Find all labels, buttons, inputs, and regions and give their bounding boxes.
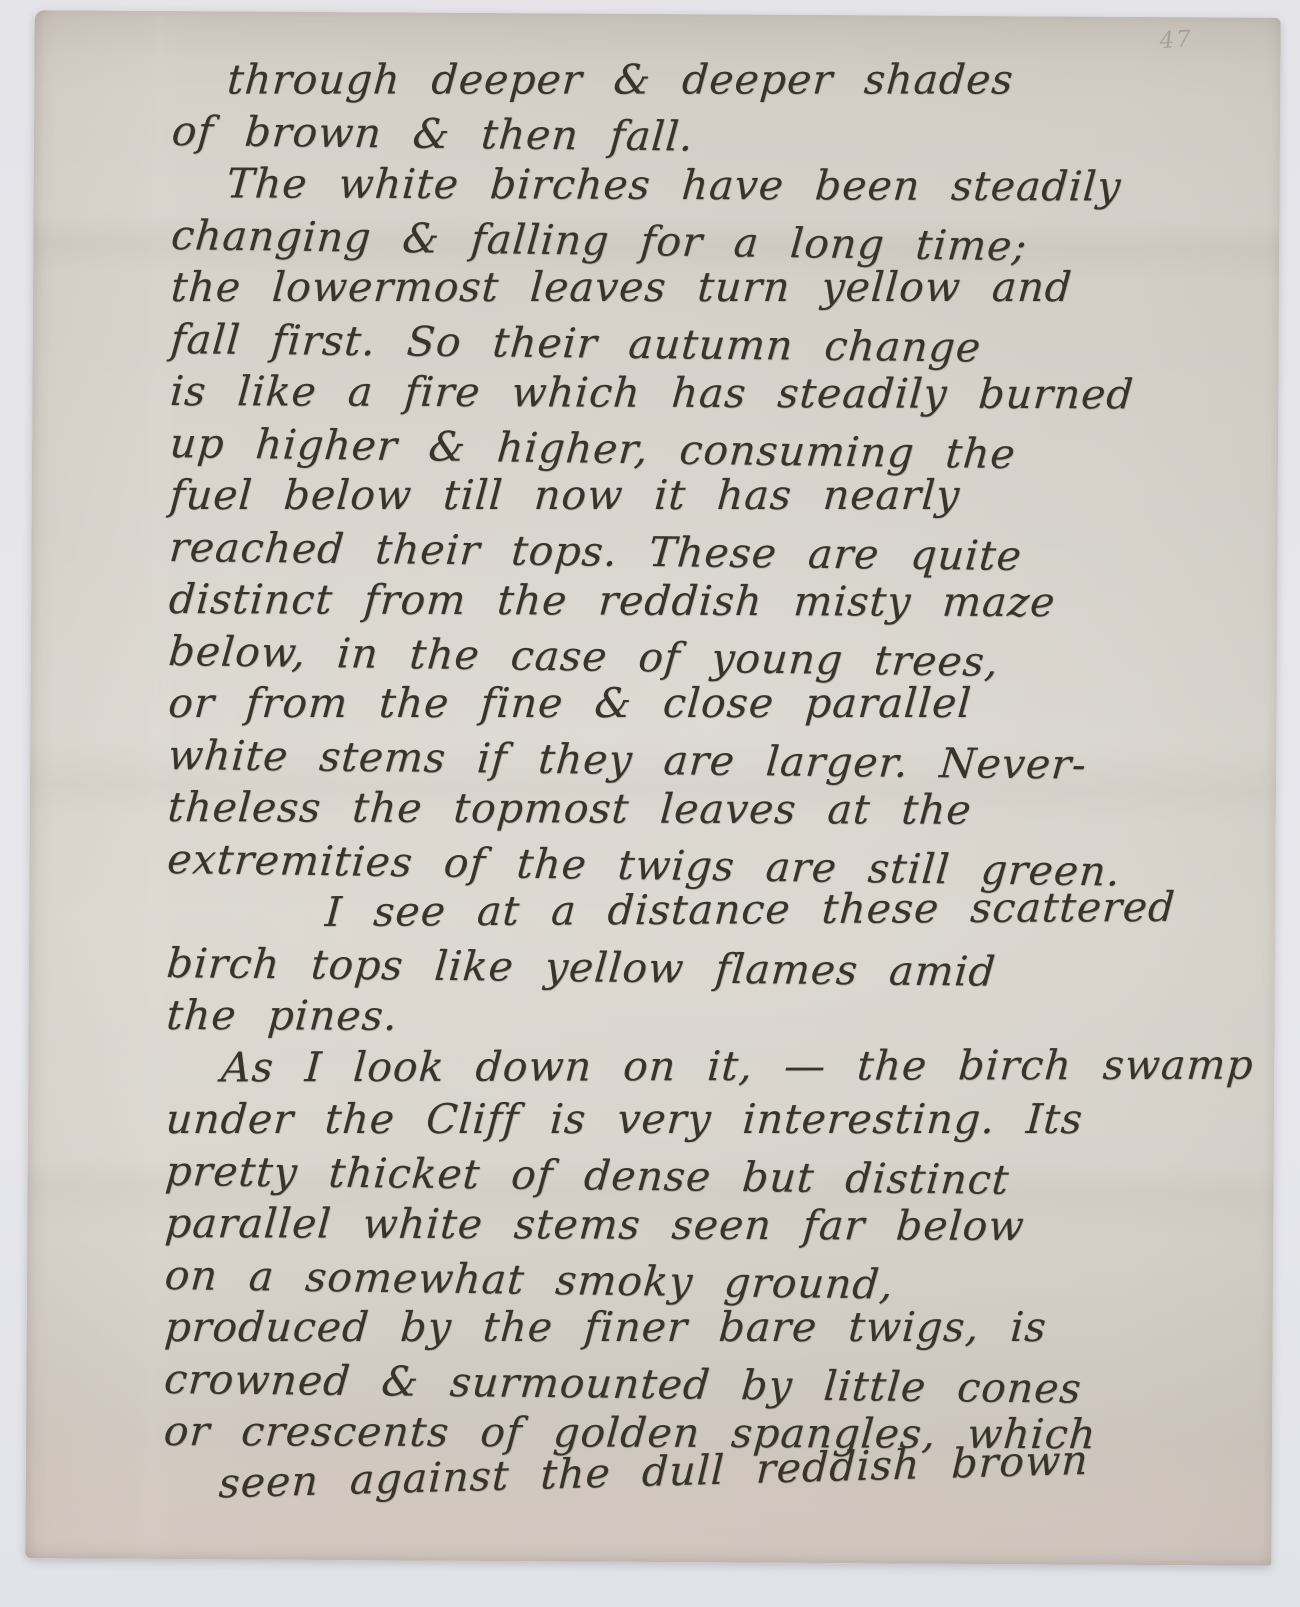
manuscript-text: through deeper & deeper shadesof brown &… xyxy=(26,10,1281,1516)
manuscript-line: is like a fire which has steadily burned xyxy=(169,365,1281,421)
manuscript-line: distinct from the reddish misty maze xyxy=(167,573,1279,629)
manuscript-line: produced by the finer bare twigs, is xyxy=(163,1301,1275,1353)
manuscript-line: the pines. xyxy=(165,989,1277,1045)
manuscript-page: 47 through deeper & deeper shadesof brow… xyxy=(25,10,1280,1566)
manuscript-line: parallel white stems seen far below xyxy=(163,1197,1275,1253)
manuscript-line: under the Cliff is very interesting. Its xyxy=(164,1093,1276,1145)
manuscript-line: theless the topmost leaves at the xyxy=(166,781,1278,837)
manuscript-line: or from the fine & close parallel xyxy=(167,677,1279,729)
manuscript-line: The white birches have been steadily xyxy=(225,157,1281,213)
photo-backdrop: 47 through deeper & deeper shadesof brow… xyxy=(0,0,1300,1607)
manuscript-line: fuel below till now it has nearly xyxy=(168,469,1280,521)
manuscript-line: through deeper & deeper shades xyxy=(226,53,1281,105)
manuscript-line: I see at a distance these scattered xyxy=(324,880,1278,938)
manuscript-line: the lowermost leaves turn yellow and xyxy=(169,261,1280,313)
manuscript-line: As I look down on it, — the birch swamp xyxy=(220,1039,1277,1094)
